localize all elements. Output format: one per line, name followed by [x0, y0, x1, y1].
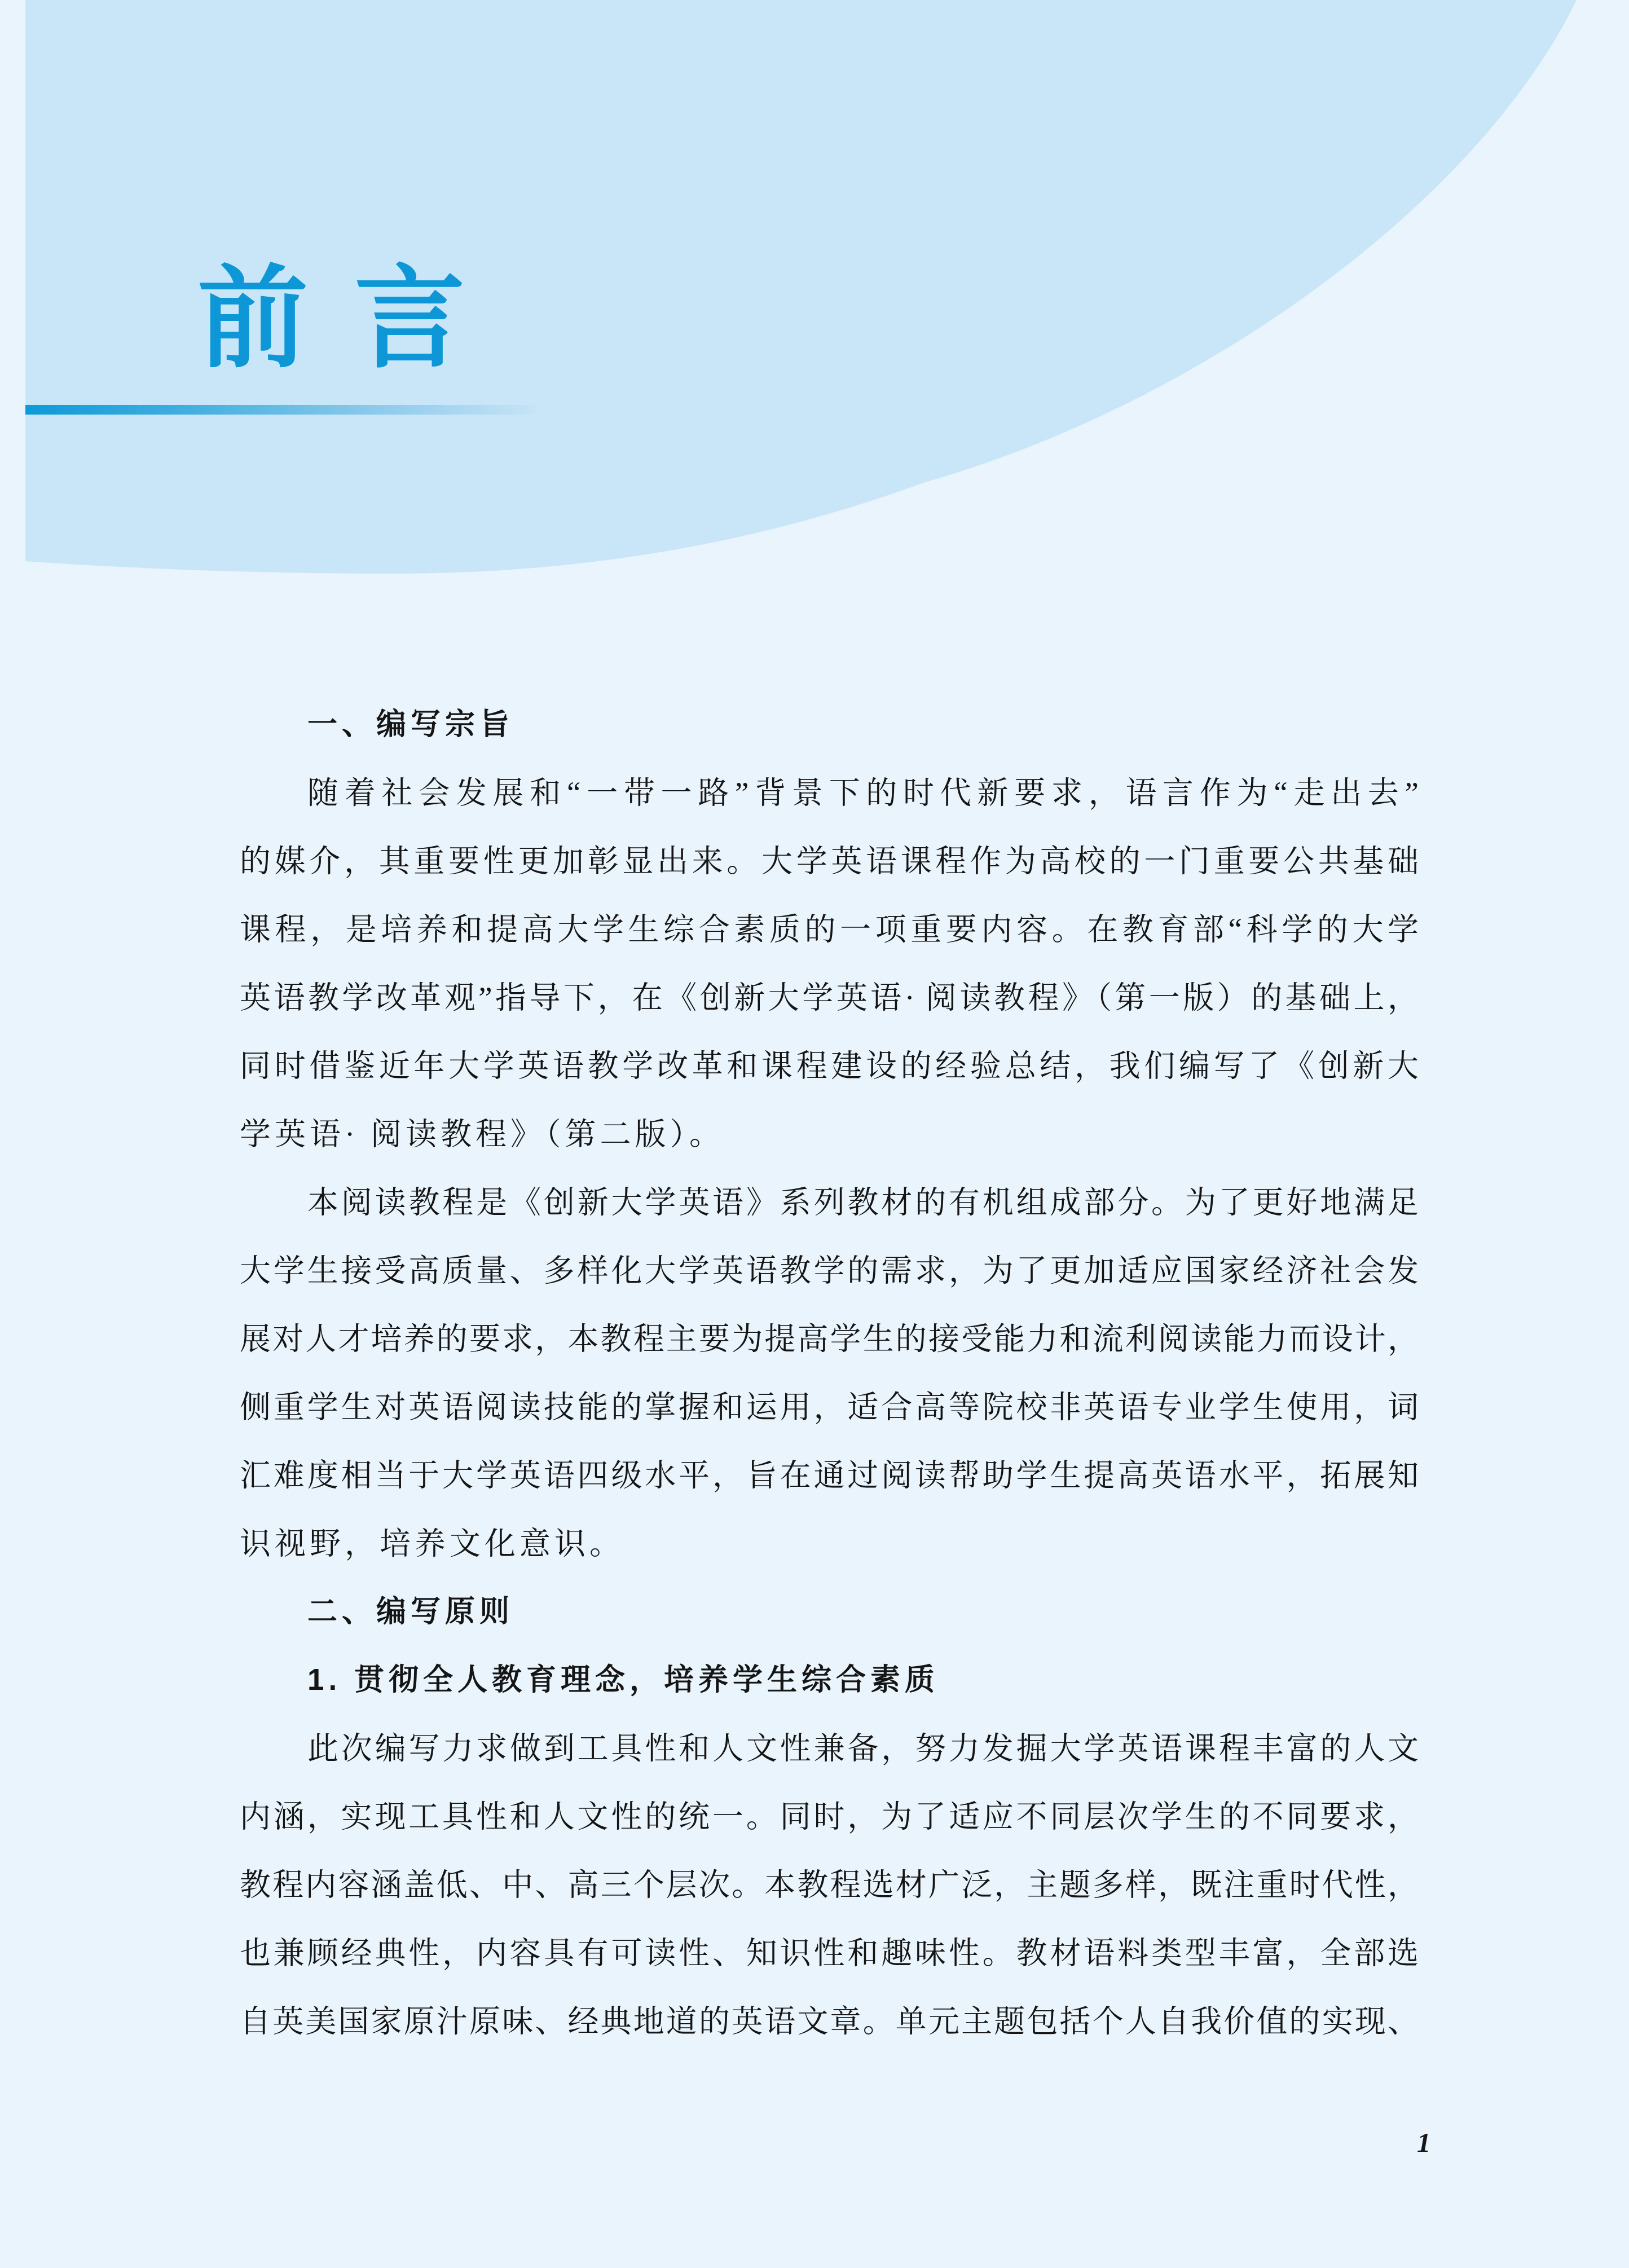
text-line: 二、编写原则 [240, 1578, 1419, 1646]
title-underline-bar [25, 405, 536, 415]
text-line: 大学生接受高质量、多样化大学英语教学的需求，为了更加适应国家经济社会发 [240, 1236, 1419, 1305]
text-line: 一、编写宗旨 [240, 690, 1419, 759]
text-line: 的媒介，其重要性更加彰显出来。大学英语课程作为高校的一门重要公共基础 [240, 827, 1419, 895]
text-line: 也兼顾经典性，内容具有可读性、知识性和趣味性。教材语料类型丰富，全部选 [240, 1919, 1419, 1987]
preface-page: 前 言 一、编写宗旨随着社会发展和“一带一路”背景下的时代新要求，语言作为“走出… [0, 0, 1629, 2268]
text-line: 同时借鉴近年大学英语教学改革和课程建设的经验总结，我们编写了《创新大 [240, 1032, 1419, 1100]
body-text: 一、编写宗旨随着社会发展和“一带一路”背景下的时代新要求，语言作为“走出去”的媒… [240, 690, 1419, 2055]
text-line: 内涵，实现工具性和人文性的统一。同时，为了适应不同层次学生的不同要求， [240, 1782, 1419, 1851]
text-line: 本阅读教程是《创新大学英语》系列教材的有机组成部分。为了更好地满足 [240, 1168, 1419, 1236]
text-line: 课程，是培养和提高大学生综合素质的一项重要内容。在教育部“科学的大学 [240, 895, 1419, 963]
text-line: 展对人才培养的要求，本教程主要为提高学生的接受能力和流利阅读能力而设计， [240, 1305, 1419, 1373]
text-line: 此次编写力求做到工具性和人文性兼备，努力发掘大学英语课程丰富的人文 [240, 1714, 1419, 1782]
text-line: 识视野，培养文化意识。 [240, 1509, 1419, 1578]
text-line: 自英美国家原汁原味、经典地道的英语文章。单元主题包括个人自我价值的实现、 [240, 1987, 1419, 2055]
text-line: 英语教学改革观”指导下，在《创新大学英语· 阅读教程》（第一版）的基础上， [240, 963, 1419, 1032]
text-line: 侧重学生对英语阅读技能的掌握和运用，适合高等院校非英语专业学生使用，词 [240, 1373, 1419, 1441]
text-line: 学英语· 阅读教程》（第二版）。 [240, 1100, 1419, 1168]
text-line: 1. 贯彻全人教育理念，培养学生综合素质 [240, 1646, 1419, 1714]
text-line: 汇难度相当于大学英语四级水平，旨在通过阅读帮助学生提高英语水平，拓展知 [240, 1441, 1419, 1509]
text-line: 教程内容涵盖低、中、高三个层次。本教程选材广泛，主题多样，既注重时代性， [240, 1851, 1419, 1919]
page-title: 前 言 [197, 261, 473, 377]
text-line: 随着社会发展和“一带一路”背景下的时代新要求，语言作为“走出去” [240, 759, 1419, 827]
page-number: 1 [1417, 2126, 1431, 2159]
